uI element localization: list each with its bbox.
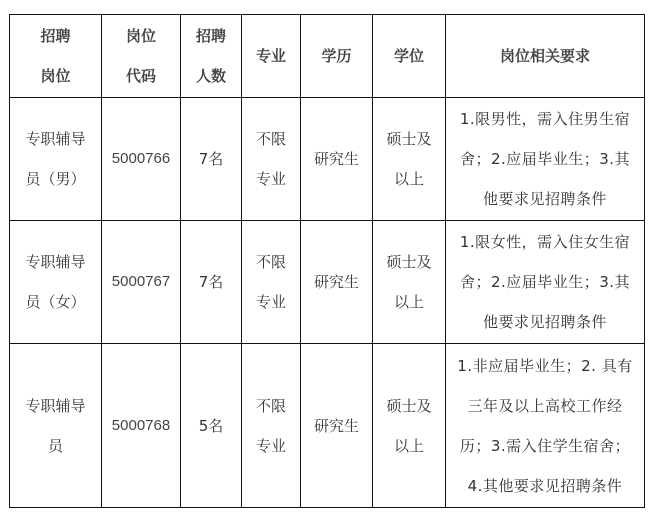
table-row: 专职辅导 员（男） 5000766 7名 不限 专业 研究生 硕士及 以上 1.… — [10, 98, 645, 221]
code-cell: 5000768 — [102, 344, 181, 508]
degree-cell: 硕士及 以上 — [373, 221, 446, 344]
degree-cell: 硕士及 以上 — [373, 98, 446, 221]
education-cell: 研究生 — [301, 344, 373, 508]
header-requirements: 岗位相关要求 — [446, 15, 645, 98]
header-row: 招聘 岗位 岗位 代码 招聘 人数 专业 学历 学位 岗位相关要求 — [10, 15, 645, 98]
position-cell: 专职辅导 员（男） — [10, 98, 102, 221]
position-cell: 专职辅导 员 — [10, 344, 102, 508]
code-cell: 5000766 — [102, 98, 181, 221]
major-cell: 不限 专业 — [242, 221, 301, 344]
count-cell: 7名 — [181, 221, 242, 344]
count-cell: 5名 — [181, 344, 242, 508]
requirements-cell: 1.限女性，需入住女生宿 舍；2.应届毕业生；3.其 他要求见招聘条件 — [446, 221, 645, 344]
header-education: 学历 — [301, 15, 373, 98]
table-row: 专职辅导 员（女） 5000767 7名 不限 专业 研究生 硕士及 以上 1.… — [10, 221, 645, 344]
table-row: 专职辅导 员 5000768 5名 不限 专业 研究生 硕士及 以上 1.非应届… — [10, 344, 645, 508]
education-cell: 研究生 — [301, 98, 373, 221]
count-cell: 7名 — [181, 98, 242, 221]
header-code: 岗位 代码 — [102, 15, 181, 98]
recruitment-table: 招聘 岗位 岗位 代码 招聘 人数 专业 学历 学位 岗位相关要求 专职辅导 员… — [9, 14, 645, 508]
header-major: 专业 — [242, 15, 301, 98]
major-cell: 不限 专业 — [242, 98, 301, 221]
header-degree: 学位 — [373, 15, 446, 98]
major-cell: 不限 专业 — [242, 344, 301, 508]
code-cell: 5000767 — [102, 221, 181, 344]
requirements-cell: 1.非应届毕业生；2. 具有 三年及以上高校工作经 历；3.需入住学生宿舍； 4… — [446, 344, 645, 508]
header-position: 招聘 岗位 — [10, 15, 102, 98]
requirements-cell: 1.限男性，需入住男生宿 舍；2.应届毕业生；3.其 他要求见招聘条件 — [446, 98, 645, 221]
degree-cell: 硕士及 以上 — [373, 344, 446, 508]
education-cell: 研究生 — [301, 221, 373, 344]
position-cell: 专职辅导 员（女） — [10, 221, 102, 344]
header-count: 招聘 人数 — [181, 15, 242, 98]
